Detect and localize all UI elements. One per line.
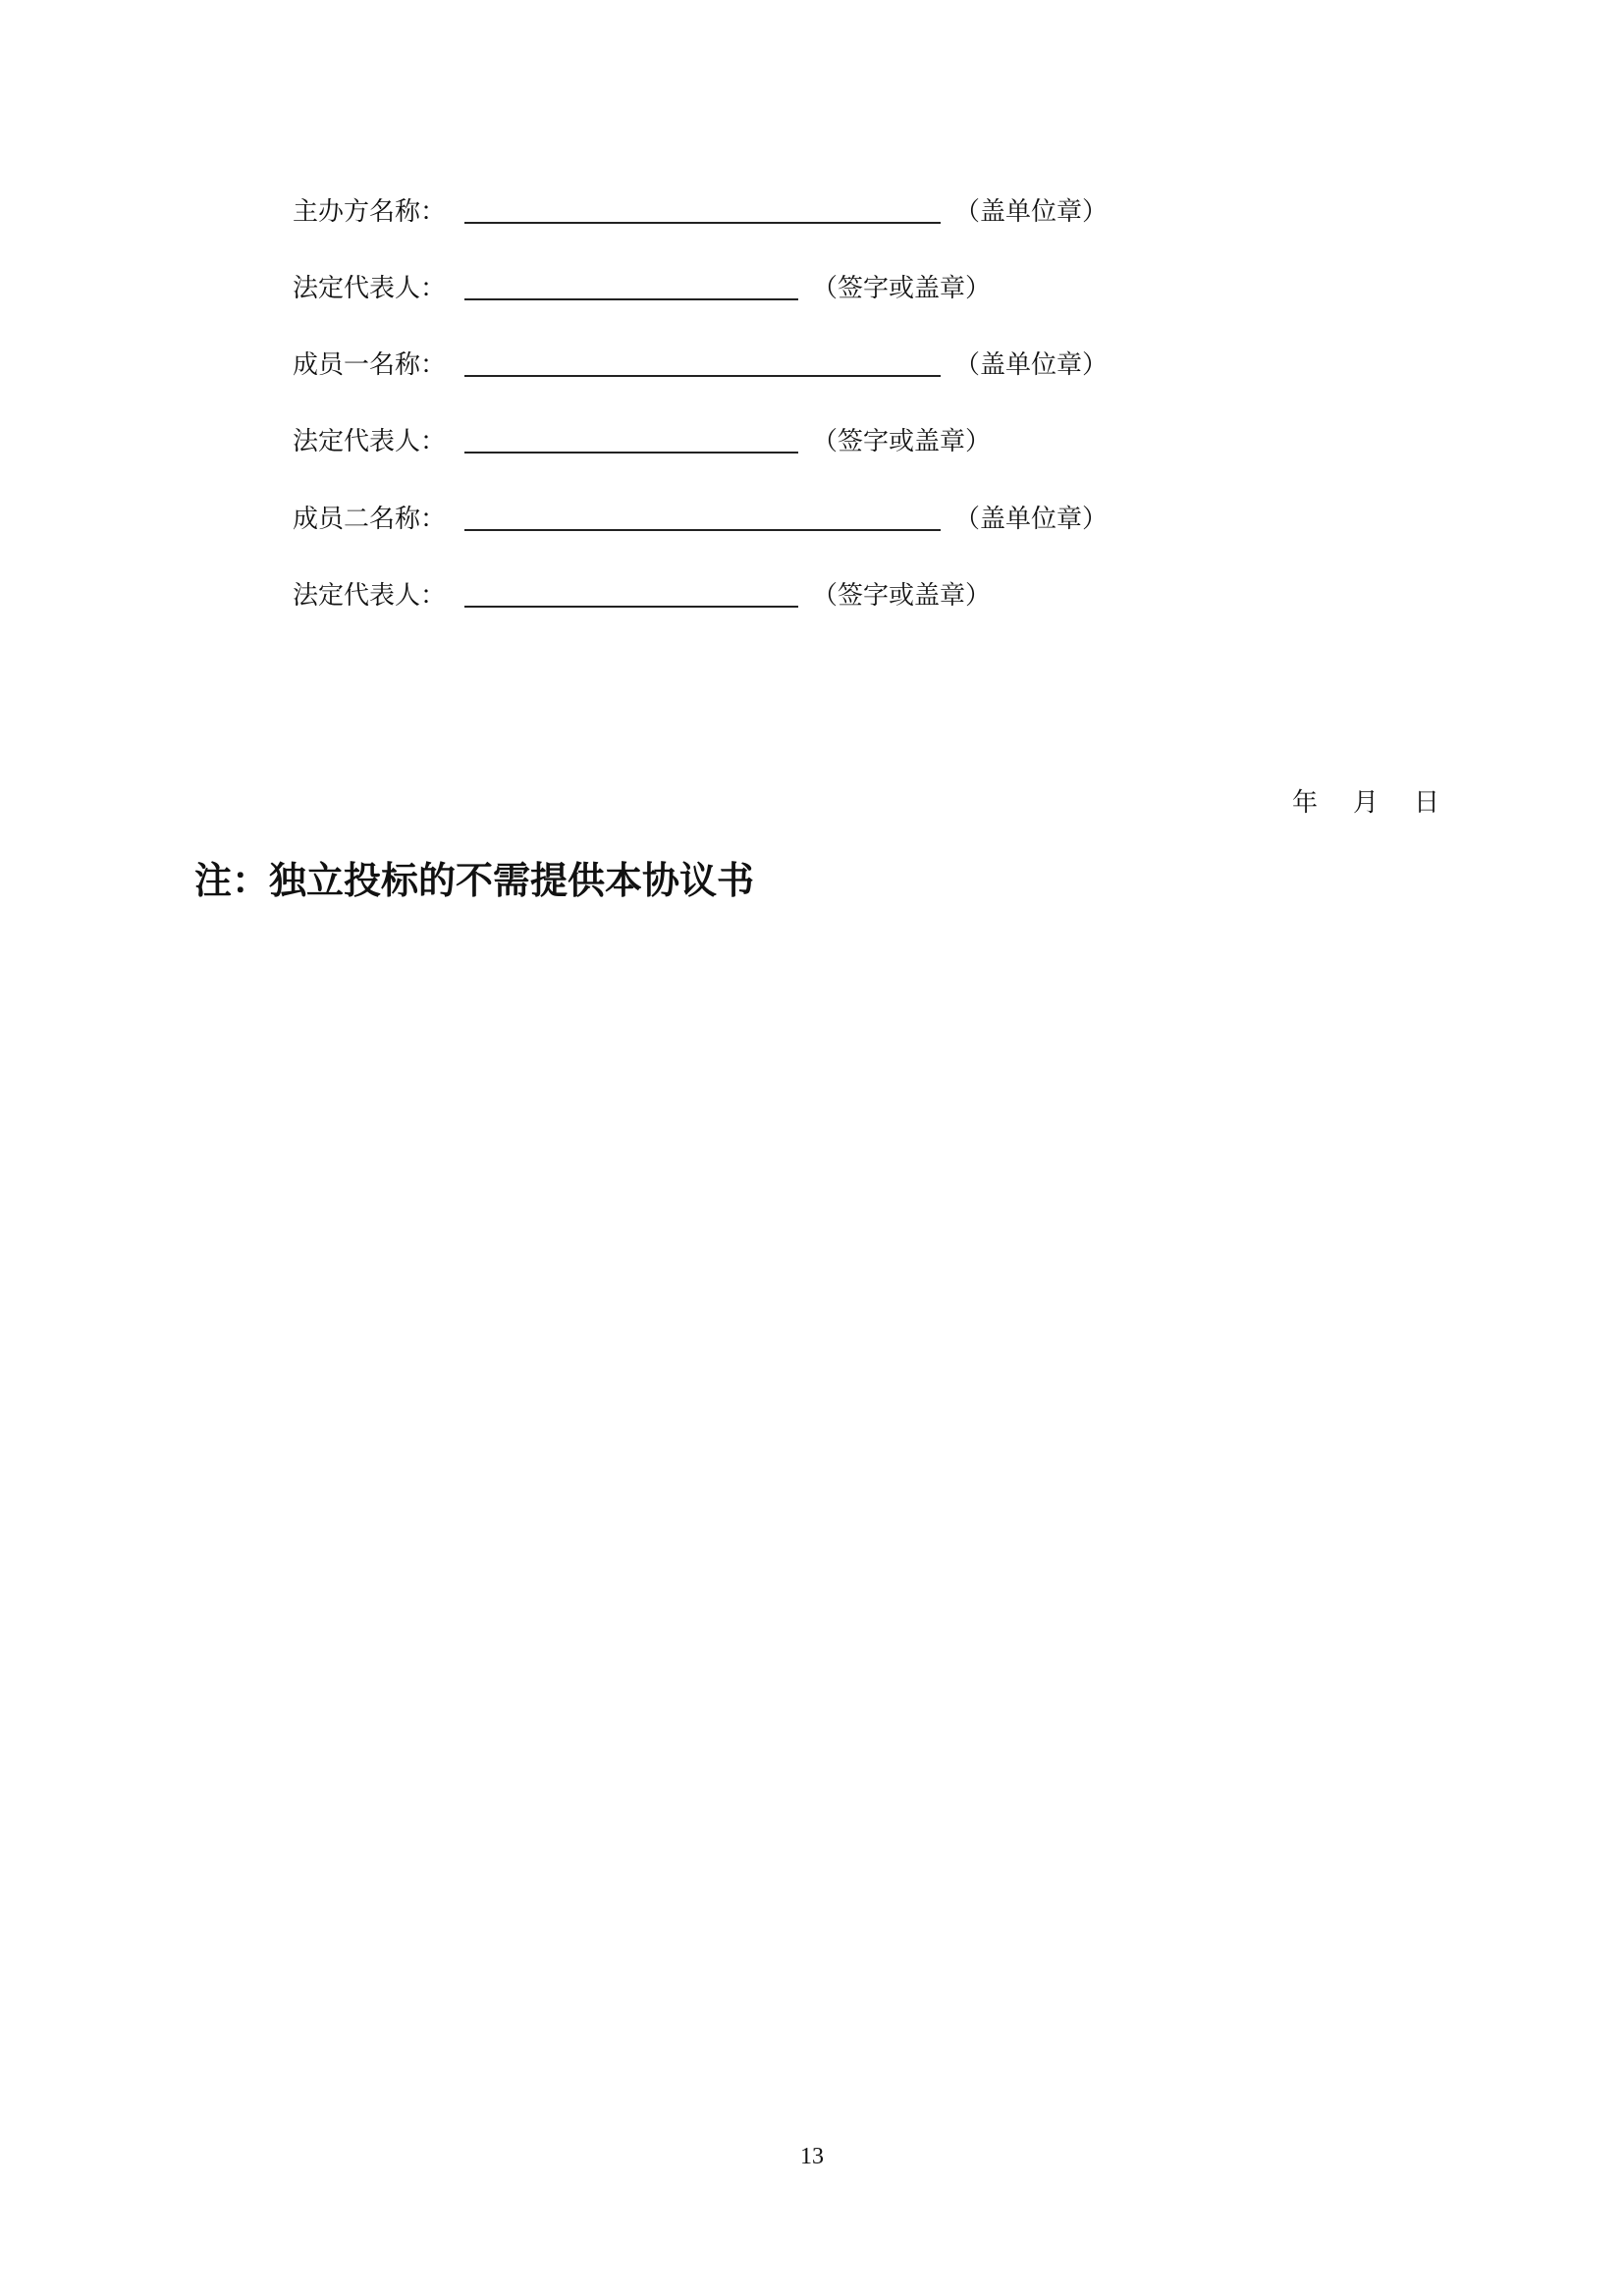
member-one-name-row: 成员一名称： （盖单位章） [293,342,1108,381]
field-label: 法定代表人： [293,426,464,457]
date-day: 日 [1414,787,1439,819]
member-one-legal-rep-row: 法定代表人： （签字或盖章） [293,418,991,457]
field-label: 主办方名称： [293,196,464,228]
field-suffix: （签字或盖章） [812,426,991,457]
field-suffix: （盖单位章） [954,349,1108,381]
date-line: 年 月 日 [1292,787,1439,819]
date-year: 年 [1292,787,1318,819]
note-text: 注：独立投标的不需提供本协议书 [194,858,754,903]
field-suffix: （盖单位章） [954,504,1108,535]
lead-party-name-row: 主办方名称： （盖单位章） [293,188,1108,228]
member-two-name-blank[interactable] [464,500,941,531]
member-two-legal-rep-row: 法定代表人： （签字或盖章） [293,572,991,612]
date-month: 月 [1353,787,1379,819]
field-suffix: （签字或盖章） [812,273,991,304]
field-label: 成员二名称： [293,504,464,535]
member-one-legal-rep-blank[interactable] [464,422,798,454]
lead-legal-rep-blank[interactable] [464,269,798,300]
member-two-name-row: 成员二名称： （盖单位章） [293,496,1108,535]
field-label: 成员一名称： [293,349,464,381]
field-label: 法定代表人： [293,273,464,304]
member-two-legal-rep-blank[interactable] [464,576,798,608]
field-suffix: （盖单位章） [954,196,1108,228]
field-label: 法定代表人： [293,580,464,612]
lead-legal-rep-row: 法定代表人： （签字或盖章） [293,265,991,304]
page-number: 13 [0,2144,1624,2170]
member-one-name-blank[interactable] [464,346,941,377]
field-suffix: （签字或盖章） [812,580,991,612]
lead-party-name-blank[interactable] [464,192,941,224]
